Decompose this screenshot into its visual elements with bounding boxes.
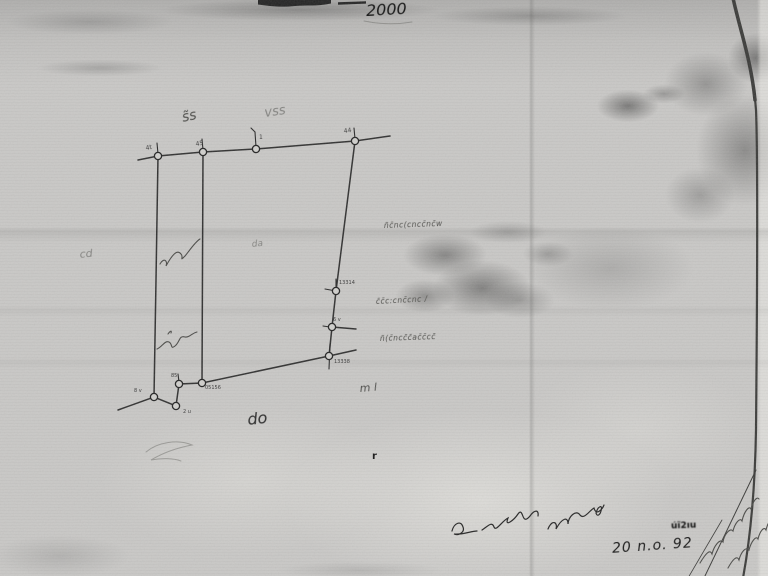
writer-stamp: úĩ2ıu xyxy=(671,521,697,532)
scanned-survey-document: 4t45144133146 v133388 v2 u0515685s̃svssc… xyxy=(0,0,768,576)
scan-grain-overlay xyxy=(0,0,768,576)
scale-value: 2000 xyxy=(366,0,408,20)
survey-sketch-canvas: 4t45144133146 v133388 v2 u0515685s̃svssc… xyxy=(0,0,768,576)
